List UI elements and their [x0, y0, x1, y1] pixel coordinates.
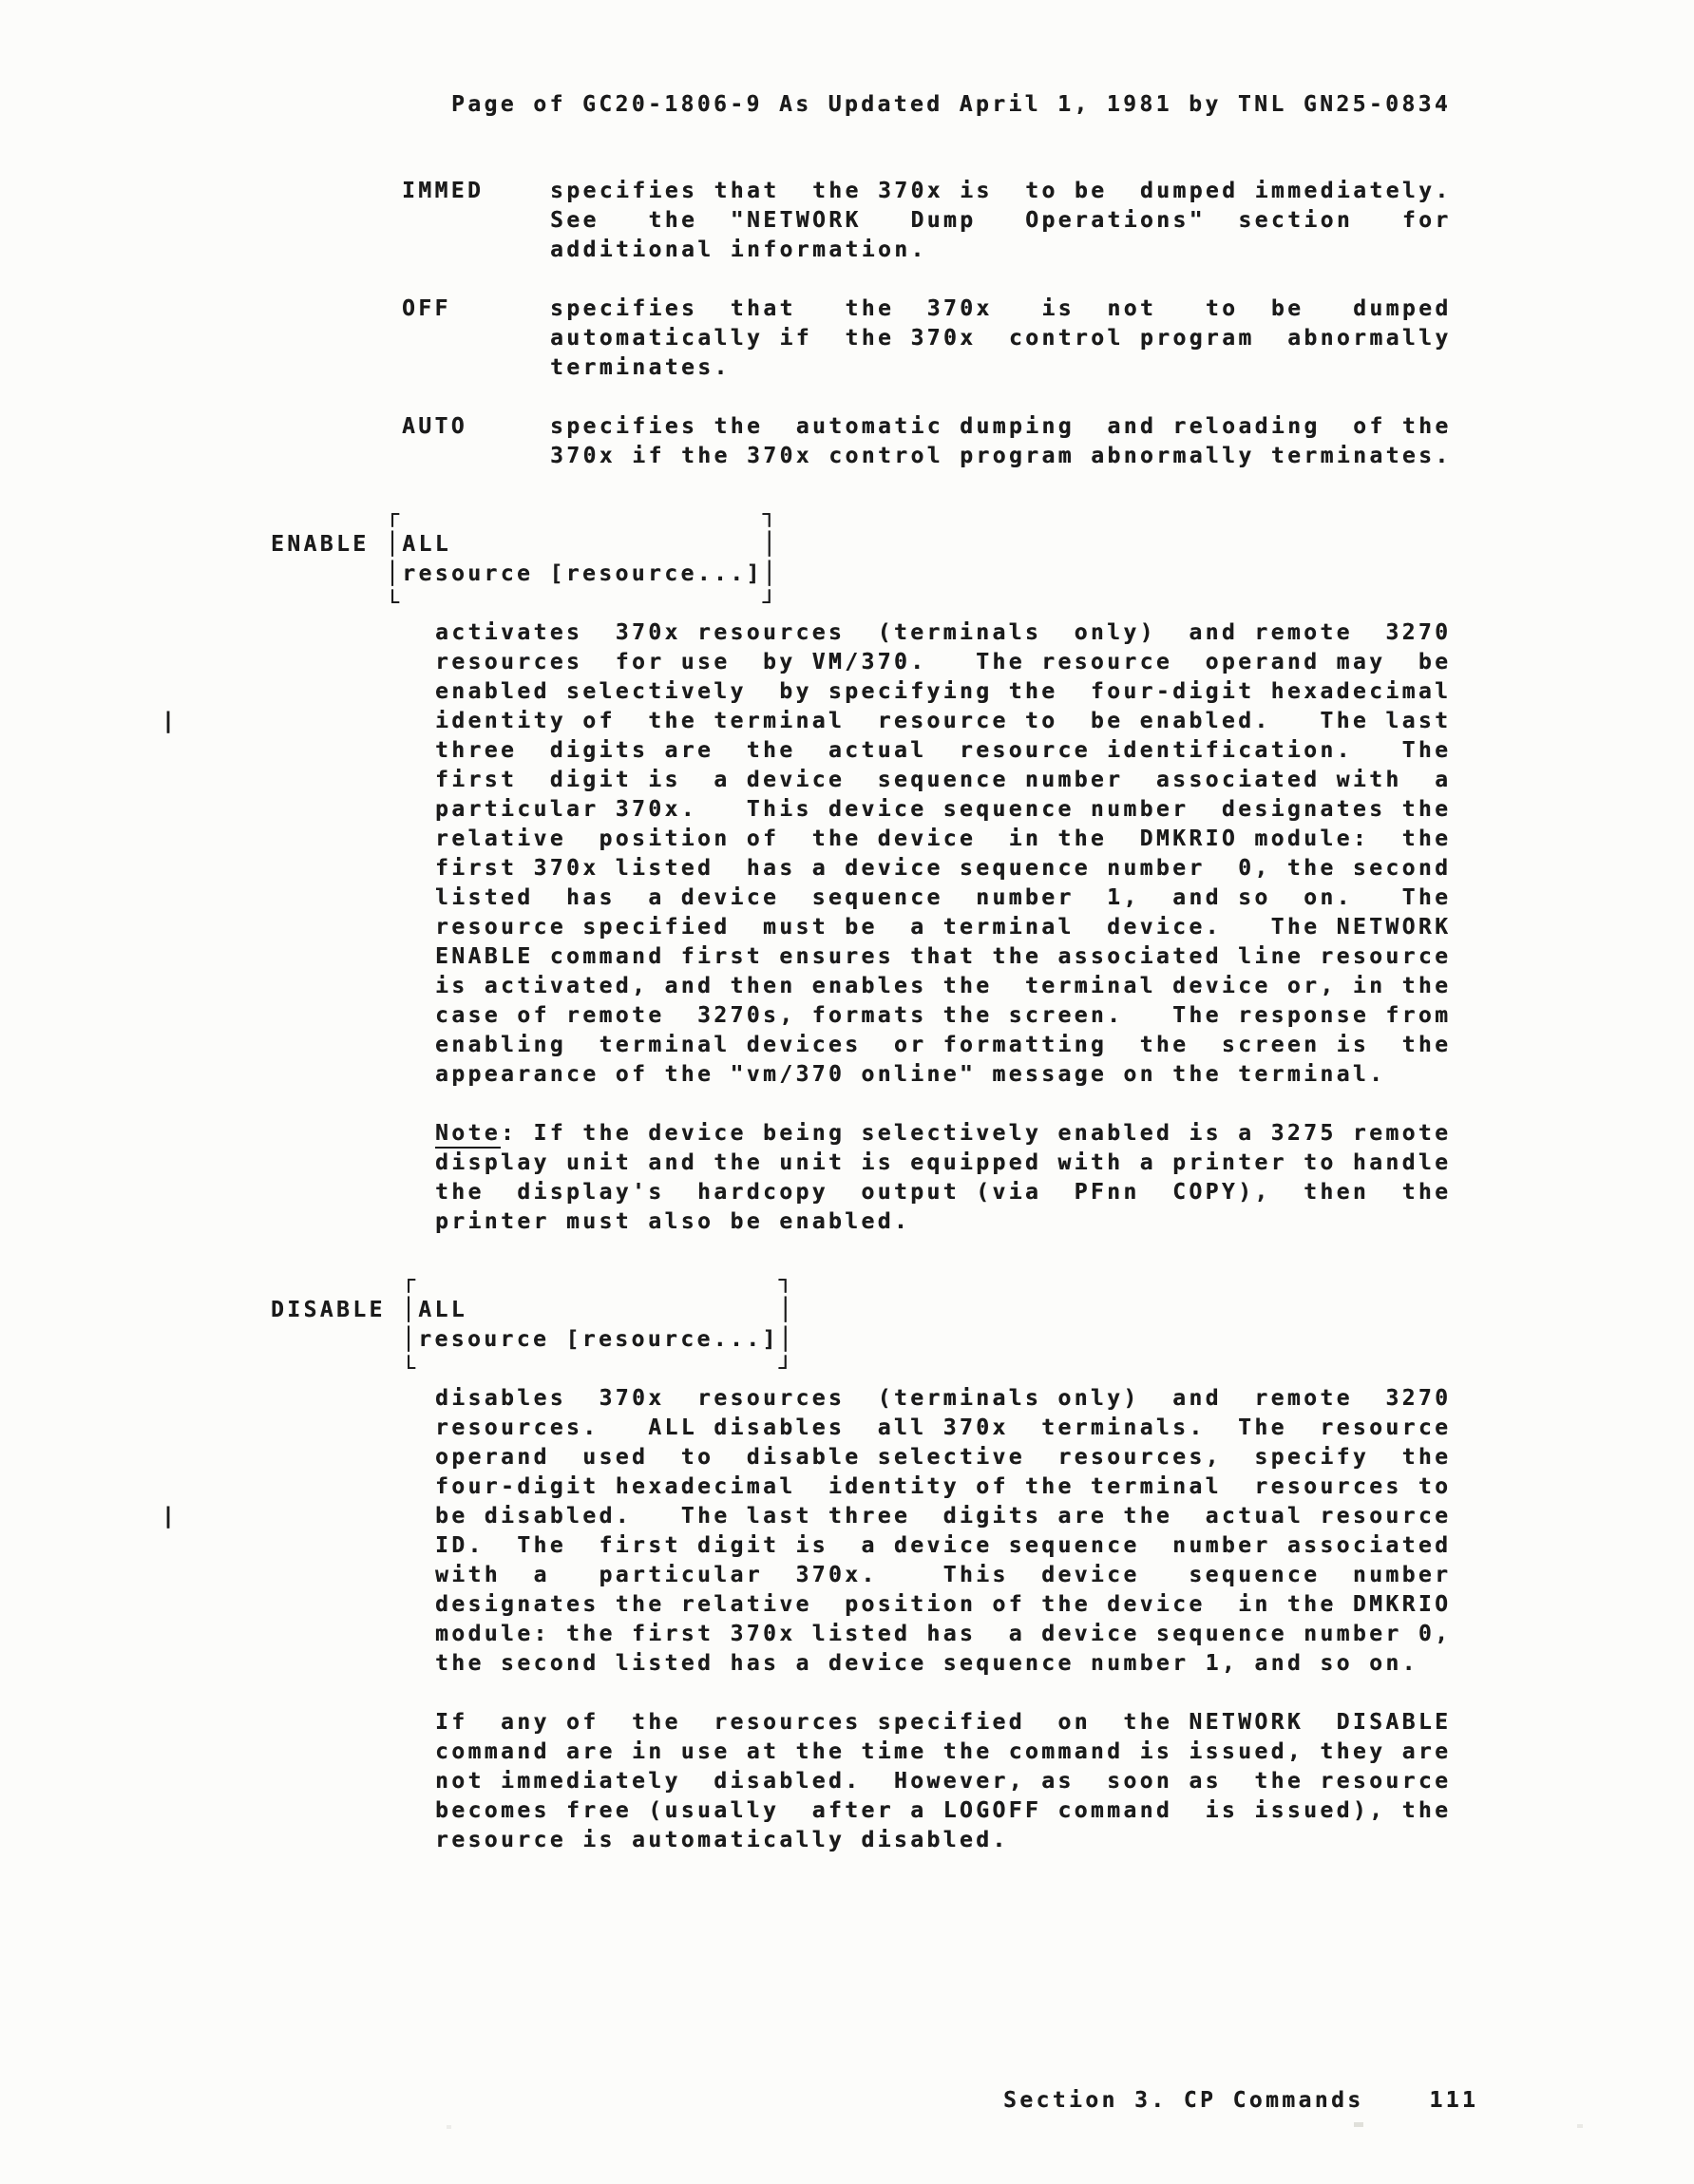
change-bar: |	[162, 1502, 178, 1531]
disable-description: disables 370x resources (terminals only)…	[435, 1384, 1451, 1679]
scan-speck	[447, 2125, 451, 2129]
operand-desc-immed: specifies that the 370x is to be dumped …	[550, 177, 1452, 265]
command-label-disable: DISABLE	[271, 1296, 386, 1325]
operand-desc-auto: specifies the automatic dumping and relo…	[550, 412, 1452, 471]
operand-desc-off: specifies that the 370x is not to be dum…	[550, 294, 1452, 383]
page-footer: Section 3. CP Commands 111	[1003, 2086, 1478, 2116]
operand-label-off: OFF	[402, 294, 451, 324]
operand-label-auto: AUTO	[402, 412, 467, 442]
scan-speck	[1577, 2124, 1583, 2128]
enable-syntax-box: ┌ ┐ │ALL │ │resource [resource...]│ └ ┘	[386, 501, 779, 618]
enable-description: activates 370x resources (terminals only…	[435, 618, 1451, 1090]
enable-note: Note: If the device being selectively en…	[435, 1119, 1451, 1237]
command-label-enable: ENABLE	[271, 530, 369, 560]
change-bar: |	[162, 707, 178, 736]
disable-syntax-box: ┌ ┐ │ALL │ │resource [resource...]│ └ ┘	[402, 1266, 795, 1384]
document-page: Page of GC20-1806-9 As Updated April 1, …	[0, 0, 1694, 2184]
note-body: : If the device being selectively enable…	[435, 1121, 1451, 1234]
page-header: Page of GC20-1806-9 As Updated April 1, …	[451, 90, 1451, 120]
disable-usage-note: If any of the resources specified on the…	[435, 1708, 1451, 1855]
operand-label-immed: IMMED	[402, 177, 484, 206]
scan-speck	[1354, 2122, 1363, 2127]
note-label: Note	[435, 1121, 501, 1149]
